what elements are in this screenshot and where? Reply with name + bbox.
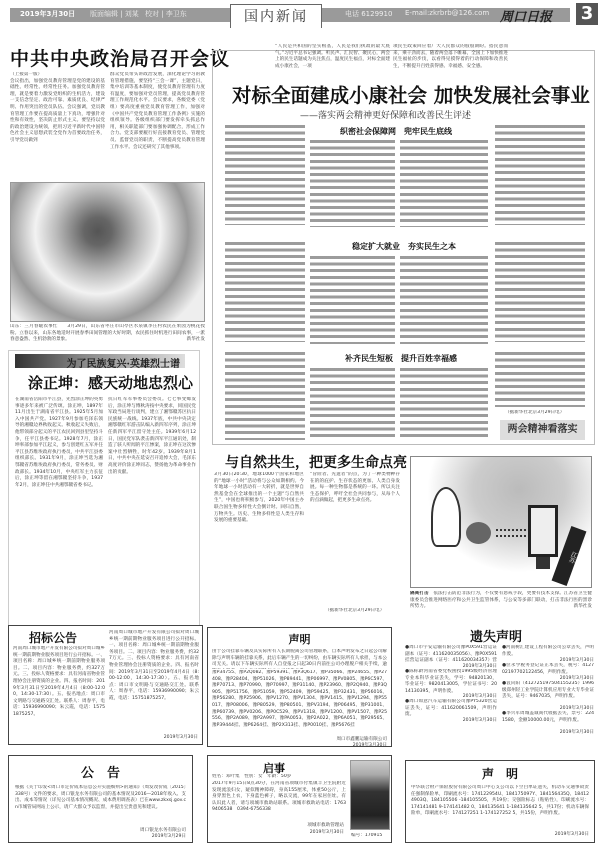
tender-body-col1: 河南周口城市地产开发有限公司拟对周口城乡统一期前期物业服务项目进行公开招标。一、…	[13, 646, 105, 742]
proof-credit: 校对 | 李卫东	[145, 9, 187, 19]
insurance-statement-ad: 声 明 中华联合财产保险股份有限公司周口中心支公司以下空白单证遗失，机动车交通事…	[405, 760, 595, 843]
missing-person-body: 2017年9月15日8点30分，在河南省项城市付集镇丰卫生院附近发现流浪妇女，疑…	[212, 781, 346, 815]
feature-body-col2c	[310, 368, 395, 440]
feature-body-col3c	[400, 368, 488, 440]
lost-item-date: 2019年3月30日	[502, 729, 594, 735]
missing-person-photo	[350, 760, 390, 830]
cartoon-caption-text: 依法打击防范非法行为，不仅要有惩戒手段，更要有技术支撑。江苏省卫生健康委员会推进…	[410, 591, 592, 609]
lost-item: ●河南树汇建设工程有限公司公章丢失，声明作废。	[502, 645, 594, 657]
hero-article-title: 涂正坤：感天动地忠烈心	[28, 372, 193, 393]
lost-title: 遗失声明	[470, 626, 522, 645]
boxing-glove-icon	[466, 522, 491, 544]
missing-person-ad: 启事 姓名：邓叶集 性别：女 年龄：50岁 2017年9月15日8点30分，在河…	[207, 755, 392, 843]
feature-body-col3a	[400, 140, 488, 227]
photo-caption-text: 山东：三月春暖农事忙 3月29日，山东省枣庄市山亭区水泉镇李庄村农民在果园为桃花…	[10, 324, 205, 342]
missing-person-date: 2019年3月30日	[268, 829, 344, 835]
tender-body-col2: 河南周口城市地产开发有限公司拟对周口城乡统一期前期物业服务项目进行公开招标。一、…	[109, 630, 199, 730]
feature-body-col3b	[400, 256, 488, 344]
feature-body-col2a	[310, 140, 395, 227]
issue-date: 2019年3月30日	[20, 9, 75, 19]
hero-article-col2: 抗日红军军事委员会委员。七七事变爆发后，涂正坤与傅秋涛按中央要求，同国民党军政当…	[108, 397, 196, 647]
missing-person-name: 姓名：邓叶集 性别：女 年龄：50岁	[212, 774, 346, 781]
hero-article-col1: 在湖南省岳阳市平江县，先烈涂正坤的英勇事迹多年来被广泛传颂。涂正坤，1897年1…	[15, 397, 103, 659]
hotline: 电话 6129910	[345, 9, 392, 19]
feature-body-col2b	[310, 256, 395, 344]
nature-article-col1: 3月30日20:30，地球1000个国家和地区的“地球一小时”活动将与公众如期相…	[214, 472, 304, 612]
lost-item: ●李兴军周城盖诚商代收据丢失，票号：2241580，金额10000.00元，声明…	[502, 711, 594, 729]
missing-person-photo-id: 编号：170915	[351, 833, 391, 840]
vehicle-statement-ad: 声明 由于公司挂靠车辆及其实际所有人长期脱离公司管理联系，自本声明发布之日起公司…	[207, 627, 392, 747]
feature-lead-col2: 项民生政策回应着广大人民群众的殷殷期盼。搭民意而来，乘干劲而去，随着两会落下帷幕…	[393, 44, 508, 78]
tender-title: 招标公告	[29, 629, 77, 646]
feature-body-col4a	[495, 125, 585, 225]
vehicle-statement-title: 声明	[208, 631, 391, 647]
public-notice-body: 根据《关于印发<周口市定价成本信息公开实施细则>的通知》（周发改价成〔2015〕…	[15, 785, 186, 821]
left-article-title: 中共中央政治局召开会议	[10, 44, 230, 71]
left-article-col1: （上接第一版） 会议指出，加强党员教育管理是党的建设的基础性、经常性、经常性任务…	[10, 72, 105, 162]
public-notice-title: 公 告	[9, 762, 192, 781]
lost-item: ●陈标龄河南省委党校函授1995级经济管理专业本科毕业证丢失，学号：948201…	[405, 669, 497, 693]
cartoon-image: 江苏	[410, 456, 592, 588]
tender-date: 2019年3月30日	[164, 734, 198, 740]
insurance-statement-date: 2019年3月30日	[411, 831, 589, 837]
feature-body-col4c	[495, 352, 585, 407]
monitor-icon	[528, 505, 558, 557]
feature-lead-col1: “人民是共和国的坚实根基，人民是我们执政的最大底气。”习近平总书记强调。听民声、…	[275, 44, 390, 78]
feature-body-col1a	[225, 125, 305, 225]
insurance-statement-body: 中华联合财产保险股份有限公司周口中心支公司以下空白单证遗失，机动车交通事故责任强…	[411, 785, 589, 825]
photo-caption: 山东：三月春暖农事忙 3月29日，山东省枣庄市山亭区水泉镇李庄村农民在果园为桃花…	[10, 324, 205, 344]
lost-item: ●周口市宇安运输有限公司豫P0X591营运证副本（证号：411620035056…	[405, 645, 497, 663]
lost-item-date: 2019年3月30日	[405, 717, 497, 723]
feature-body-col4b	[495, 242, 585, 342]
feature-body-col1c	[225, 352, 305, 440]
feature-body-col1b	[225, 242, 305, 342]
feature-subtitle: ——落实两会精神更好保障和改善民生评述	[300, 108, 471, 121]
lost-item: ●位永学税务登记证正本丢失，税号：412702197702122456，声明作废…	[502, 663, 594, 675]
feature-tag: 两会精神看落实	[500, 420, 585, 440]
missing-person-signer: 项城市救助管理站	[268, 822, 344, 828]
page-number: 3	[576, 3, 598, 25]
cartoon-credit: 新华社发	[574, 604, 592, 611]
monitor-stand-icon	[536, 557, 550, 569]
email: E-mail:zkrbrb@126.com	[405, 9, 489, 17]
cartoon-caption: 隔离打击 依法打击防范非法行为，不仅要有惩戒手段，更要有技术支撑。江苏省卫生健康…	[410, 591, 592, 611]
hero-banner-text: 为了民族复兴·英雄烈士谱	[67, 355, 180, 370]
lost-col1: ●周口市宇安运输有限公司豫P0X591营运证副本（证号：411620035056…	[405, 645, 497, 745]
tender-ad: 招标公告 河南周口城市地产开发有限公司拟对周口城乡统一期前期物业服务项目进行公开…	[8, 625, 203, 745]
lost-item: ●周口如意汽车运输有限公司豫PY5320营运证丢失，证号：41162006150…	[405, 699, 497, 717]
farmer-photo	[10, 182, 205, 322]
nature-article-title: 与自然共生，把更多生命点亮	[225, 452, 407, 472]
public-notice-date: 2019年3月29日	[9, 833, 186, 839]
nature-source: （据新华社北京3月29日电）	[325, 608, 403, 616]
section-title: 国内新闻	[230, 4, 322, 28]
masthead-logo: 周口日报	[500, 6, 552, 25]
lost-item: ●袁向阳（412725197504155235）1996级郑州轻工业学院计算机应…	[502, 681, 594, 705]
public-notice-ad: 公 告 根据《关于印发<周口市定价成本信息公开实施细则>的通知》（周发改价成〔2…	[8, 755, 193, 843]
lost-col2: ●河南树汇建设工程有限公司公章丢失，声明作废。 2019年3月30日 ●位永学税…	[502, 645, 594, 745]
feature-section-1-heading: 织密社会保障网 兜牢民生底线	[340, 126, 452, 137]
vehicle-statement-body: 由于公司挂靠车辆及其实际所有人长期脱离公司管理联系，自本声明发布之日起公司解除与…	[212, 649, 387, 669]
nature-article-col2: “冒险者、先遣者”的点，为了一种类物种存在的的庇护、生存状态的更加、人类自身发展…	[310, 472, 400, 607]
editor-credit: 版面编辑 | 刘某	[90, 9, 139, 19]
left-article-body-1: 会议指出，加强党员教育管理是党的建设的基础性、经常性、经常性任务。加强党员教育管…	[10, 79, 105, 143]
feature-section-2-heading: 稳定扩大就业 夯实民生之本	[352, 241, 456, 252]
cartoon-caption-title: 隔离打击	[410, 591, 429, 596]
left-article-col2: 群众党员带头讲政治发展，深化理论学习的教育管理措施，要坚持“三会一课”，主题党日…	[110, 72, 205, 162]
spring-icon	[496, 529, 526, 537]
photo-credit: 新华社发	[187, 337, 205, 344]
insurance-statement-title: 声 明	[406, 765, 594, 782]
vehicle-statement-date: 2019年3月30日	[208, 742, 387, 748]
cartoon-figure	[431, 487, 461, 547]
feature-source: （据新华社北京3月29日电）	[505, 410, 585, 418]
hero-banner: 为了民族复兴·英雄烈士谱	[15, 354, 185, 368]
vehicle-plate-list: 豫P34755、豫P2Q082、豫P59391、豫P3Q617、豫P35066、…	[212, 670, 387, 736]
continued-note: （上接第一版）	[10, 72, 42, 77]
feature-title: 对标全面建成小康社会 加快发展社会事业	[232, 80, 590, 108]
feature-section-3-heading: 补齐民生短板 提升百姓幸福感	[345, 353, 457, 364]
